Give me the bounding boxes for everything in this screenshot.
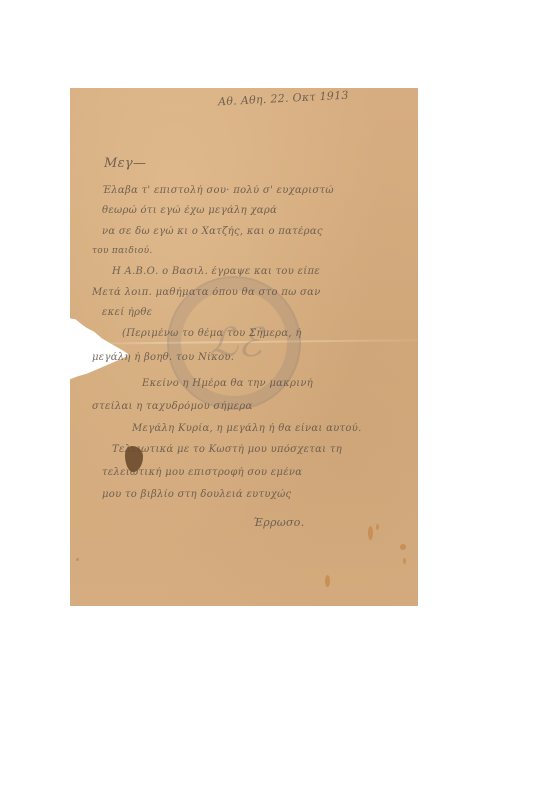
- letter-line: Τελειωτικά με το Κωστή μου υπόσχεται τη: [112, 444, 342, 455]
- letter-date: Αθ. Αθη. 22. Οκτ 1913: [218, 89, 349, 109]
- letter-line: Μετά λοιπ. μαθήματα όπου θα στο πω σαν: [92, 287, 321, 298]
- letter-page: ℒℰ Αθ. Αθη. 22. Οκτ 1913 Μεγ— Έλαβα τ' ε…: [70, 88, 418, 606]
- letter-line: θεωρώ ότι εγώ έχω μεγάλη χαρά: [102, 205, 277, 216]
- stain-spot: [325, 575, 330, 587]
- stain-spot: [403, 558, 406, 564]
- letter-closing: Έρρωσο.: [253, 516, 305, 529]
- stain-spot: [400, 544, 406, 550]
- stain-spot: [376, 524, 379, 530]
- letter-line: μεγάλη ή βοηθ. του Νίκου.: [92, 352, 234, 363]
- letter-line: να σε δω εγώ κι ο Χατζής, και ο πατέρας: [102, 226, 323, 237]
- letter-line: εκεί ήρθε: [102, 307, 152, 318]
- letter-line: μου το βιβλίο στη δουλειά ευτυχώς: [102, 489, 291, 500]
- paper-tear: [70, 318, 130, 380]
- letter-line: Η Α.Β.Ο. ο Βασιλ. έγραψε και του είπε: [112, 266, 320, 277]
- letter-line: Έλαβα τ' επιστολή σου· πολύ σ' ευχαριστώ: [102, 185, 334, 196]
- stain-spot: [368, 526, 373, 540]
- letter-line: Εκείνο η Ημέρα θα την μακρινή: [142, 378, 313, 389]
- stain-spot: [76, 558, 79, 561]
- letter-line: (Περιμένω το θέμα του Σήμερα, ή: [122, 328, 302, 339]
- letter-line: στείλαι η ταχυδρόμου σήμερα: [92, 401, 253, 412]
- letter-salutation: Μεγ—: [104, 156, 146, 171]
- letter-line: Μεγάλη Κυρία, η μεγάλη ή θα είναι αυτού.: [132, 423, 362, 434]
- letter-line: του παιδιού.: [92, 246, 153, 256]
